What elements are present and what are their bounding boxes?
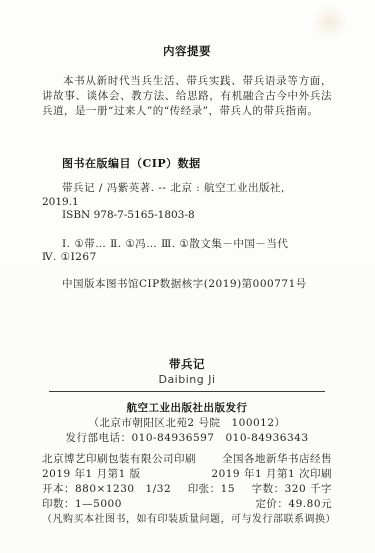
- book-title-cn: 带兵记: [42, 357, 332, 372]
- printer-name: 北京博艺印刷包装有限公司印刷: [42, 452, 196, 467]
- edition-info: 2019 年1 月第1 版: [42, 467, 141, 482]
- copyright-page: 内容提要 本书从新时代当兵生活、带兵实践、带兵语录等方面，讲故事、谈体会、教方法…: [0, 0, 375, 553]
- summary-heading: 内容提要: [42, 44, 332, 59]
- word-count: 字数：320 千字: [252, 482, 332, 497]
- classification-line-2: Ⅳ. ①I267: [42, 251, 332, 265]
- cip-heading: 图书在版编目（CIP）数据: [42, 156, 332, 171]
- classification-line-1: Ⅰ. ①带… Ⅱ. ①冯… Ⅲ. ①散文集－中国－当代: [42, 238, 332, 252]
- isbn-line: ISBN 978-7-5165-1803-8: [42, 209, 332, 223]
- format-info: 开本：880×1230 1/32: [42, 482, 171, 497]
- distributor-name: 全国各地新华书店经售: [222, 452, 332, 467]
- cip-entry-line-2: 2019.1: [42, 196, 332, 210]
- edition-row: 2019 年1 月第1 版 2019 年1 月第1 次印刷: [42, 467, 332, 482]
- divider-rule: [49, 391, 325, 392]
- publisher-address: （北京市朝阳区北苑2 号院 100012）: [42, 416, 332, 431]
- publisher-line: 航空工业出版社出版发行: [42, 401, 332, 416]
- cip-record: 带兵记 / 冯紫英著. -- 北京 : 航空工业出版社, 2019.1 ISBN…: [42, 182, 332, 291]
- price: 定价：49.80元: [255, 497, 332, 512]
- printer-distributor-row: 北京博艺印刷包装有限公司印刷 全国各地新华书店经售: [42, 452, 332, 467]
- colophon-block: 航空工业出版社出版发行 （北京市朝阳区北苑2 号院 100012） 发行部电话：…: [42, 401, 332, 528]
- cip-entry-line-1: 带兵记 / 冯紫英著. -- 北京 : 航空工业出版社,: [42, 182, 332, 196]
- book-title-pinyin: Daibing Ji: [42, 372, 332, 387]
- run-price-row: 印数：1—5000 定价：49.80元: [42, 497, 332, 512]
- impression-info: 2019 年1 月第1 次印刷: [211, 467, 332, 482]
- exchange-notice: （凡购买本社图书，如有印装质量问题，可与发行部联系调换）: [42, 512, 332, 528]
- format-row: 开本：880×1230 1/32 印张：15 字数：320 千字: [42, 482, 332, 497]
- summary-body: 本书从新时代当兵生活、带兵实践、带兵语录等方面，讲故事、谈体会、教方法、给思路，…: [42, 74, 332, 119]
- cip-registry-number: 中国版本图书馆CIP数据核字(2019)第000771号: [42, 278, 332, 292]
- sheet-count: 印张：15: [188, 482, 235, 497]
- print-run: 印数：1—5000: [42, 497, 122, 512]
- distribution-phone: 发行部电话：010-84936597 010-84936343: [42, 431, 332, 446]
